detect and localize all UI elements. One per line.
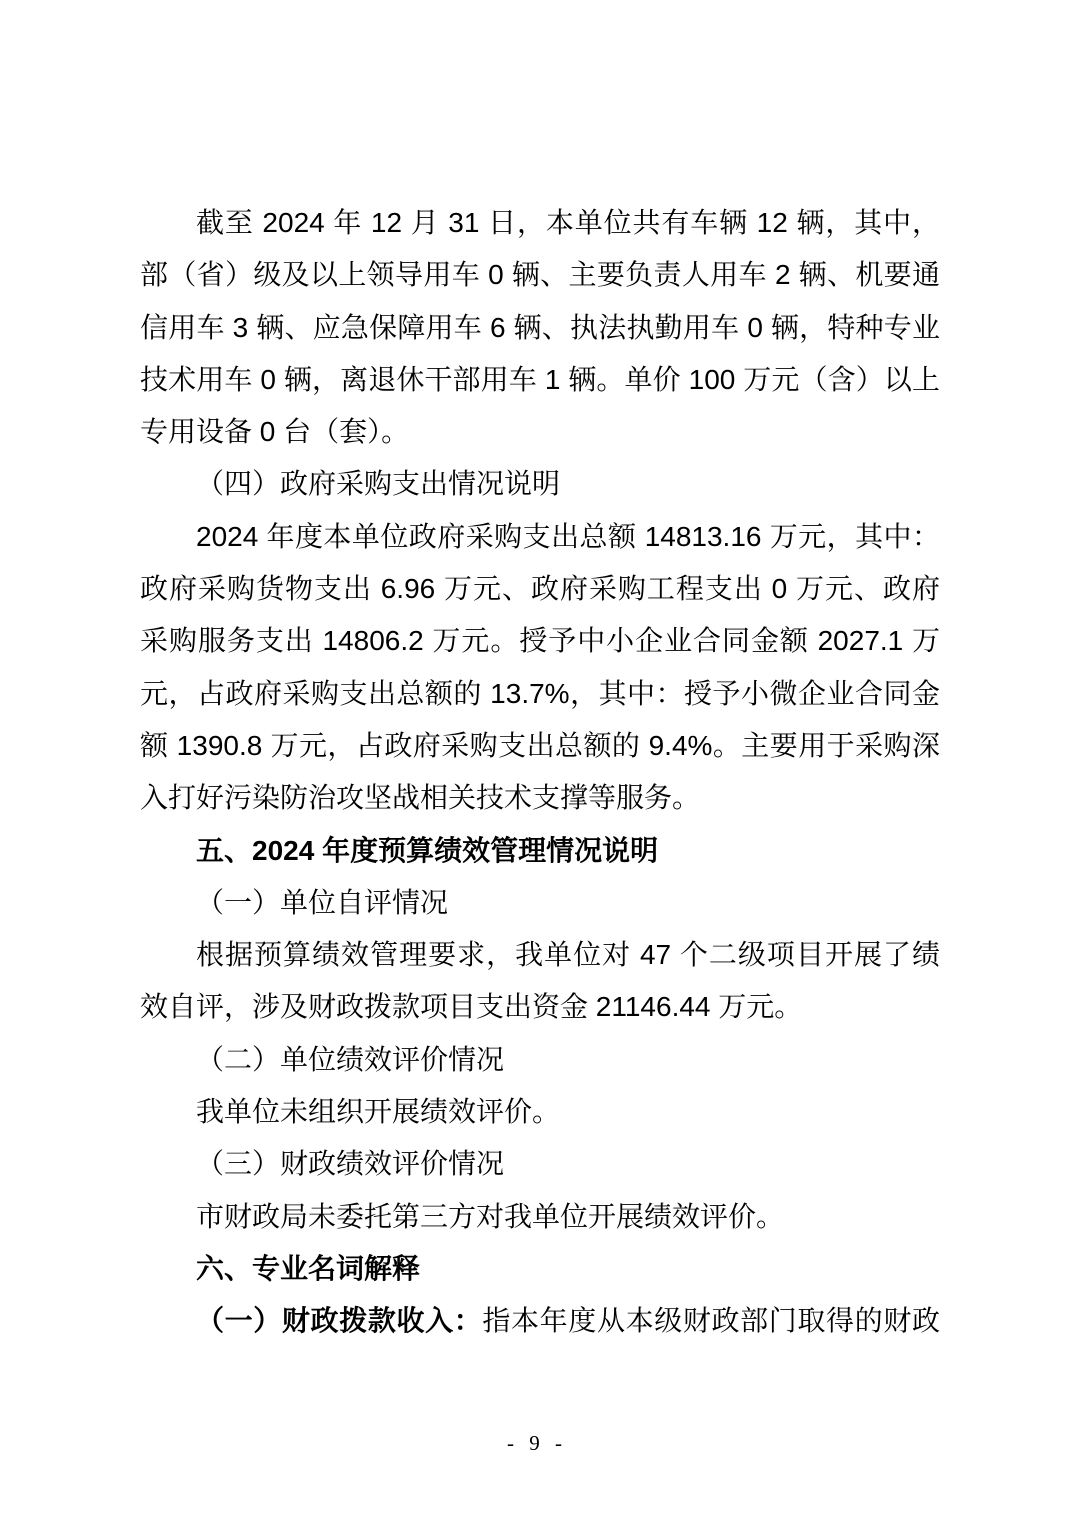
body-line: 2024 年度本单位政府采购支出总额 14813.16 万元，其中： (140, 511, 940, 563)
heading-section-6: 六、专业名词解释 (140, 1243, 940, 1295)
body-line: 部（省）级及以上领导用车 0 辆、主要负责人用车 2 辆、机要通 (140, 249, 940, 301)
body-line: 截至 2024 年 12 月 31 日，本单位共有车辆 12 辆，其中，副 (140, 197, 940, 249)
body-line: 入打好污染防治攻坚战相关技术支撑等服务。 (140, 772, 940, 824)
body-line: 技术用车 0 辆，离退休干部用车 1 辆。单价 100 万元（含）以上 (140, 354, 940, 406)
body-line: 额 1390.8 万元，占政府采购支出总额的 9.4%。主要用于采购深 (140, 720, 940, 772)
body-line: 信用车 3 辆、应急保障用车 6 辆、执法执勤用车 0 辆，特种专业 (140, 302, 940, 354)
page-number: - 9 - (0, 1430, 1074, 1456)
body-line: 元，占政府采购支出总额的 13.7%，其中：授予小微企业合同金 (140, 668, 940, 720)
body-line: 政府采购货物支出 6.96 万元、政府采购工程支出 0 万元、政府 (140, 563, 940, 615)
term-name: （一）财政拨款收入： (196, 1305, 482, 1336)
subheading-gov-procurement: （四）政府采购支出情况说明 (140, 458, 940, 510)
heading-section-5: 五、2024 年度预算绩效管理情况说明 (140, 825, 940, 877)
body-line: 市财政局未委托第三方对我单位开展绩效评价。 (140, 1191, 940, 1243)
term-definition-line: （一）财政拨款收入：指本年度从本级财政部门取得的财政拨 (140, 1295, 940, 1347)
body-line: 专用设备 0 台（套）。 (140, 406, 940, 458)
document-body: 截至 2024 年 12 月 31 日，本单位共有车辆 12 辆，其中，副 部（… (140, 197, 940, 1348)
body-line: 根据预算绩效管理要求，我单位对 47 个二级项目开展了绩 (140, 929, 940, 981)
subheading-self-evaluation: （一）单位自评情况 (140, 877, 940, 929)
subheading-unit-performance-evaluation: （二）单位绩效评价情况 (140, 1034, 940, 1086)
body-line: 效自评，涉及财政拨款项目支出资金 21146.44 万元。 (140, 981, 940, 1033)
body-line: 我单位未组织开展绩效评价。 (140, 1086, 940, 1138)
document-page: 截至 2024 年 12 月 31 日，本单位共有车辆 12 辆，其中，副 部（… (0, 0, 1074, 1520)
body-line: 采购服务支出 14806.2 万元。授予中小企业合同金额 2027.1 万 (140, 615, 940, 667)
subheading-fiscal-performance-evaluation: （三）财政绩效评价情况 (140, 1138, 940, 1190)
